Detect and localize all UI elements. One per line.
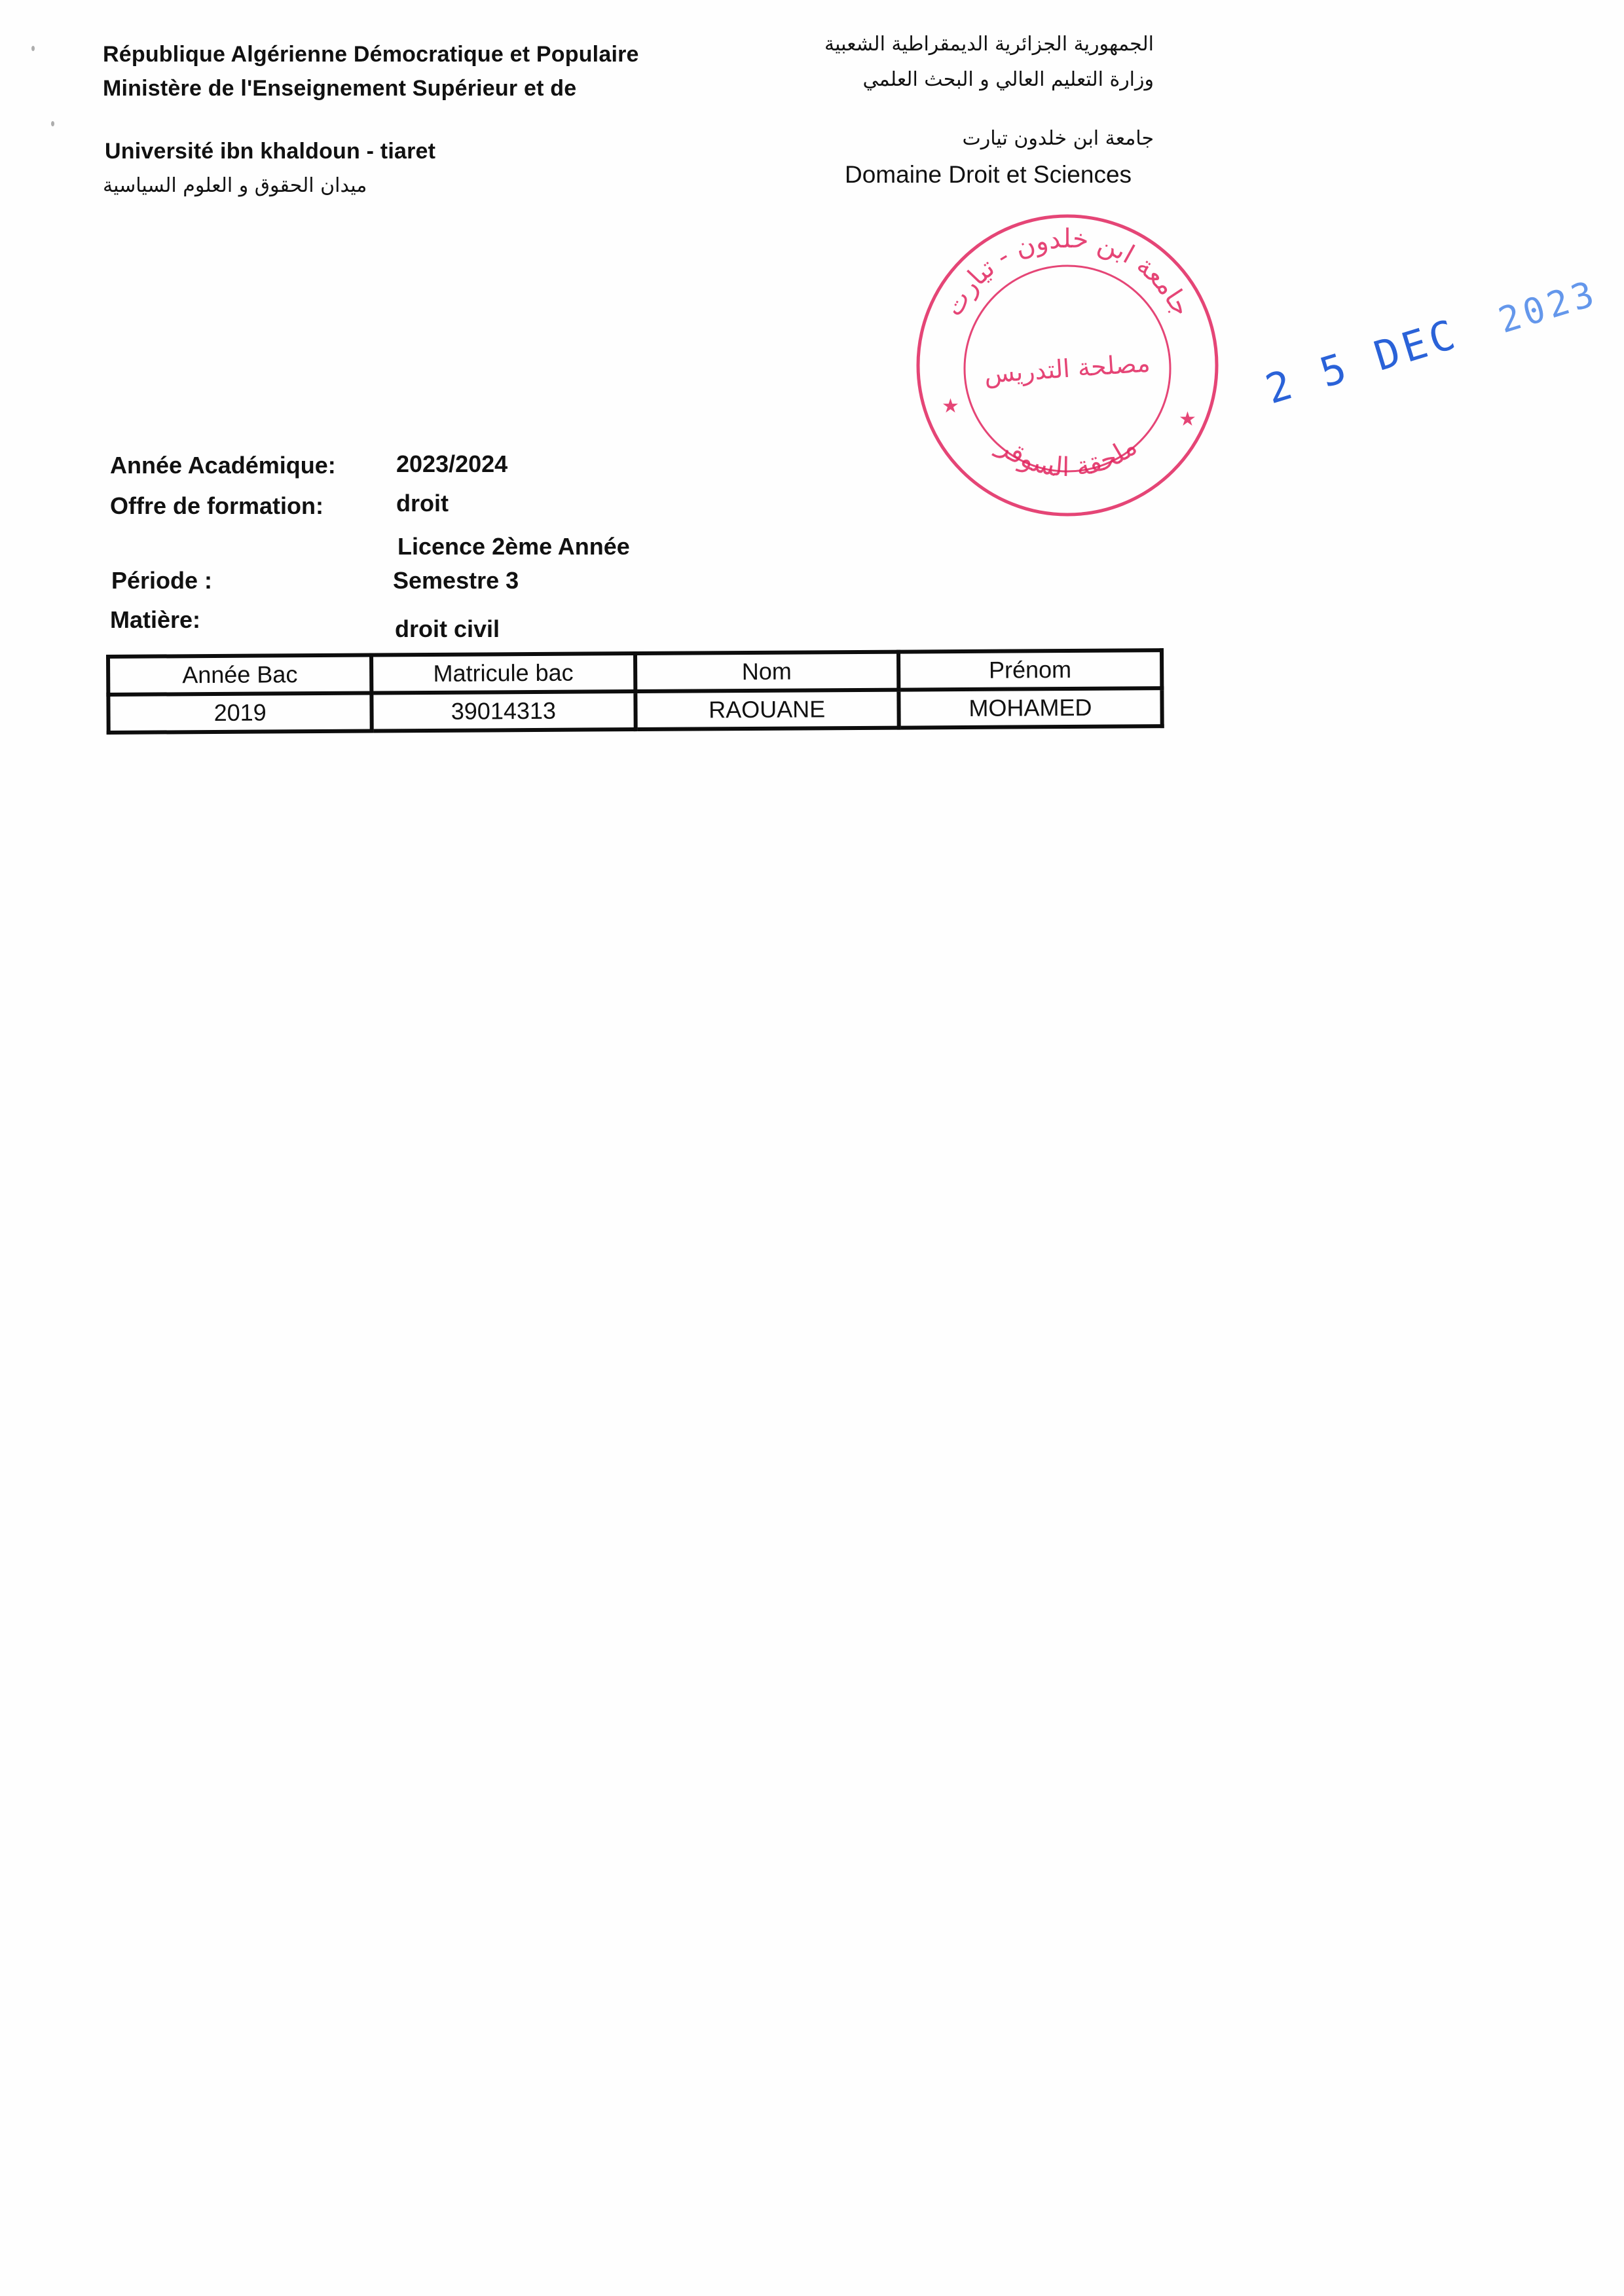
university-name: Université ibn khaldoun - tiaret: [105, 139, 435, 164]
ministry-title: Ministère de l'Enseignement Supérieur et…: [103, 76, 576, 101]
date-stamp-month: DEC: [1369, 310, 1464, 380]
cell-matricule-bac: 39014313: [372, 691, 636, 731]
cell-nom: RAOUANE: [635, 690, 899, 729]
column-header-nom: Nom: [635, 652, 899, 691]
training-offer-value: droit: [396, 490, 449, 517]
cell-prenom: MOHAMED: [898, 688, 1162, 727]
period-label: Période :: [111, 567, 212, 594]
column-header-matricule-bac: Matricule bac: [371, 653, 635, 693]
column-header-prenom: Prénom: [898, 650, 1162, 689]
stamp-center-text: مصلحة التدريس: [984, 348, 1151, 389]
academic-year-label: Année Académique:: [110, 452, 336, 479]
table-header-row: Année Bac Matricule bac Nom Prénom: [108, 650, 1162, 695]
domaine-label: Domaine Droit et Sciences: [845, 161, 1132, 189]
subject-value: droit civil: [395, 615, 500, 643]
republic-title: République Algérienne Démocratique et Po…: [103, 42, 639, 67]
date-stamp-year: 2023: [1494, 272, 1602, 341]
table-row: 2019 39014313 RAOUANE MOHAMED: [108, 688, 1162, 733]
student-table: Année Bac Matricule bac Nom Prénom 2019 …: [106, 648, 1164, 735]
subject-label: Matière:: [110, 606, 200, 634]
period-value: Semestre 3: [393, 567, 519, 594]
scan-speck: [51, 121, 54, 126]
scan-speck: [31, 46, 35, 51]
stamp-top-text: جامعة ابن خلدون - تيارت: [938, 224, 1196, 321]
cell-annee-bac: 2019: [108, 693, 372, 733]
date-stamp-day: 2 5: [1260, 343, 1356, 414]
university-name-arabic: جامعة ابن خلدون تيارت: [963, 127, 1154, 150]
ministry-title-arabic: وزارة التعليم العالي و البحث العلمي: [863, 68, 1154, 91]
official-stamp: جامعة ابن خلدون - تيارت ملحقة السوقر مصل…: [910, 208, 1225, 522]
domain-arabic: ميدان الحقوق و العلوم السياسية: [103, 174, 367, 197]
training-offer-label: Offre de formation:: [110, 492, 323, 520]
republic-title-arabic: الجمهورية الجزائرية الديمقراطية الشعبية: [824, 33, 1154, 56]
star-icon: ★: [942, 395, 959, 418]
star-icon: ★: [1179, 408, 1196, 431]
date-stamp: 2 5 DEC 2023: [1260, 267, 1602, 413]
column-header-annee-bac: Année Bac: [108, 655, 372, 695]
academic-year-value: 2023/2024: [396, 450, 507, 478]
stamp-bottom-text: ملحقة السوقر: [991, 431, 1143, 483]
scanned-document-page: République Algérienne Démocratique et Po…: [0, 0, 1624, 2296]
level-value: Licence 2ème Année: [397, 533, 630, 560]
